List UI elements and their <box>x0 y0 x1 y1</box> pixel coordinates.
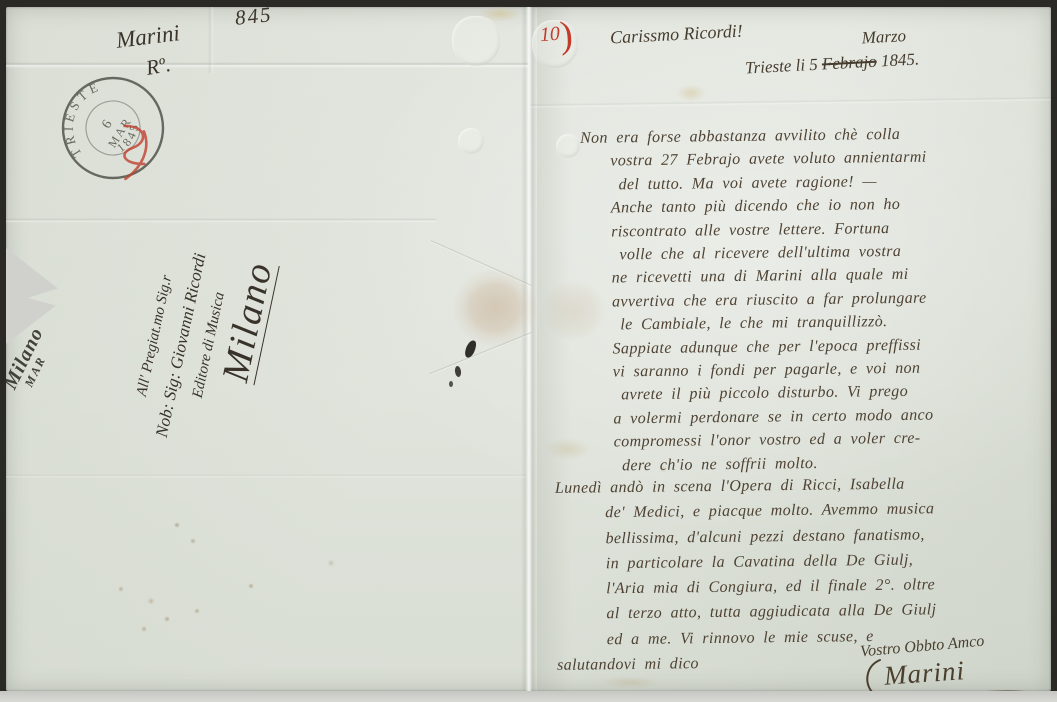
foxing-spots <box>0 0 2 2</box>
dateline-corrected-month: Marzo <box>861 26 906 48</box>
crease-line <box>208 7 214 73</box>
embossed-seal <box>458 128 484 154</box>
yellow-stain <box>600 676 660 689</box>
archival-number-value: 10 <box>539 23 560 46</box>
embossed-seal <box>556 134 580 158</box>
dateline-year: 1845. <box>880 49 919 70</box>
letter-photograph: 845 Marini Rº. TRIESTE 1845 6 MAR Milano <box>0 0 1057 702</box>
yellow-stain <box>480 6 520 22</box>
dateline-struck-month: Febrajo <box>821 52 877 74</box>
archival-number: 10) <box>539 13 575 59</box>
docket-note: Rº. <box>144 52 173 81</box>
seal-stain <box>452 268 538 348</box>
embossed-seal <box>452 16 500 66</box>
docket-number: 845 <box>234 2 274 31</box>
dateline-place: Trieste li 5 <box>745 55 819 78</box>
center-fold <box>521 7 537 691</box>
crease-line <box>6 474 526 478</box>
letter-body-paragraph-1: Non era forse abbastanza avvilito chè co… <box>578 121 1050 478</box>
ink-blot <box>449 381 453 387</box>
photo-bottom-edge <box>0 691 1057 702</box>
yellow-stain <box>676 84 706 102</box>
